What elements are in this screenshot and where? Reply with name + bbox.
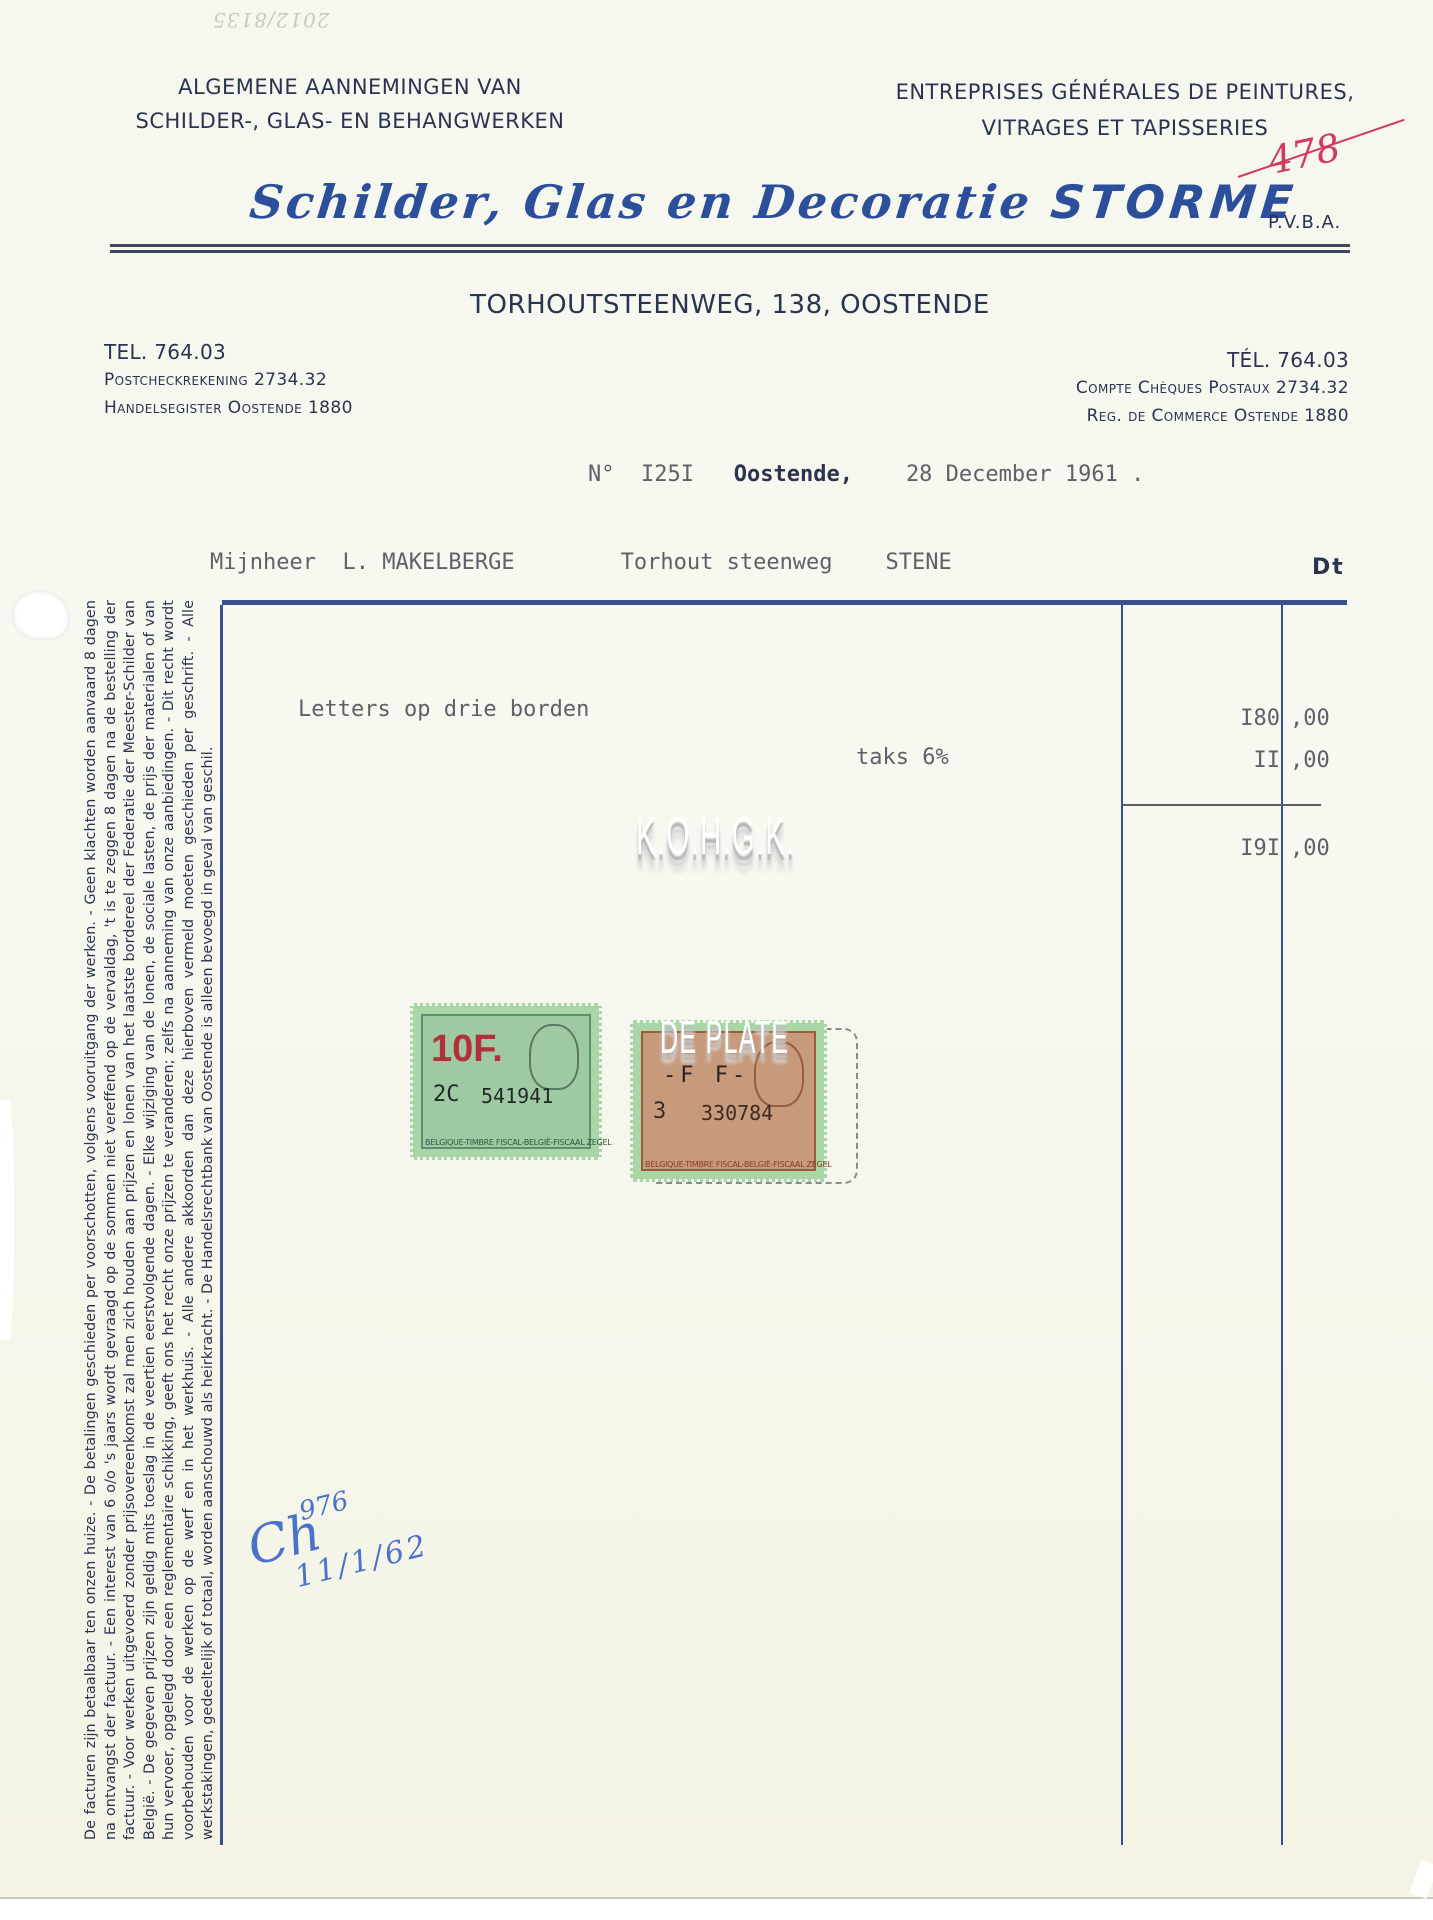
company-name-storme: STORME [1048, 175, 1300, 229]
postcheck-fr: Compte Chèques Postaux 2734.32 [1076, 374, 1349, 402]
fiscal-stamp-green: 10F. 2C 541941 BELGIQUE-TIMBRE FISCAL-BE… [410, 1003, 602, 1160]
tax-line-label: taks 6% [856, 745, 949, 770]
line-item-amount-int: I80 [1140, 706, 1280, 731]
watermark-kohgk: K.O.H.G.K. [636, 805, 796, 867]
handwritten-number: 976 [296, 1486, 351, 1527]
invoice-number: I25I [641, 462, 694, 487]
total-amount-int: I9I [1140, 836, 1280, 861]
header-double-rule-bottom [110, 250, 1350, 253]
cents-column-border [1281, 605, 1283, 1845]
postcheck-nl: Postcheckrekening 2734.32 [104, 366, 353, 394]
stamp-serial: 330784 [701, 1101, 773, 1125]
folded-corner [1410, 1860, 1433, 1899]
customer-name: L. MAKELBERGE [342, 550, 514, 575]
contact-block-french: TÉL. 764.03 Compte Chèques Postaux 2734.… [1076, 346, 1349, 430]
invoice-city: Oostende, [734, 462, 853, 487]
stamp-footer: BELGIQUE-TIMBRE FISCAL-BELGIË-FISCAAL ZE… [425, 1138, 611, 1147]
header-double-rule-top [110, 244, 1350, 247]
contact-block-dutch: TEL. 764.03 Postcheckrekening 2734.32 Ha… [104, 338, 353, 422]
table-header-rule [222, 600, 1347, 605]
telephone-fr: TÉL. 764.03 [1076, 346, 1349, 374]
dutch-tagline-line-2: SCHILDER-, GLAS- EN BEHANGWERKEN [100, 104, 600, 138]
invoice-paper: 2012/8135 ALGEMENE AANNEMINGEN VAN SCHIL… [0, 0, 1433, 1899]
invoice-number-label: N° [588, 462, 615, 487]
torn-edge [0, 1100, 14, 1340]
invoice-number-date-row: N° I25I Oostende, 28 December 1961 . [588, 462, 1144, 487]
debit-label: Dt [1312, 555, 1345, 580]
table-left-border [220, 605, 223, 1845]
mercury-head-icon [529, 1024, 579, 1090]
terms-and-conditions: De facturen zijn betaalbaar ten onzen hu… [82, 600, 220, 1840]
total-amount-dec: ,00 [1290, 836, 1330, 861]
company-address: TORHOUTSTEENWEG, 138, OOSTENDE [300, 290, 1160, 320]
archive-pencil-mark: 2012/8135 [212, 8, 330, 32]
customer-city: STENE [886, 550, 952, 575]
invoice-date: 28 December 1961 . [906, 462, 1144, 487]
tax-amount-int: II [1140, 748, 1280, 773]
stamp-footer: BELGIQUE-TIMBRE FISCAL-BELGIË-FISCAAL ZE… [645, 1160, 831, 1169]
line-item-description: Letters op drie borden [298, 697, 589, 722]
stamp-series: 2C [433, 1082, 460, 1107]
customer-street: Torhout steenweg [621, 550, 833, 575]
dutch-tagline: ALGEMENE AANNEMINGEN VAN SCHILDER-, GLAS… [100, 70, 600, 138]
addressee-row: Mijnheer L. MAKELBERGE Torhout steenweg … [210, 550, 952, 575]
telephone-nl: TEL. 764.03 [104, 338, 353, 366]
stamp-value: 10F. [431, 1028, 503, 1071]
subtotal-rule [1123, 804, 1321, 806]
torn-hole [12, 590, 70, 640]
dutch-tagline-line-1: ALGEMENE AANNEMINGEN VAN [100, 70, 600, 104]
register-fr: Reg. de Commerce Ostende 1880 [1076, 402, 1349, 430]
amount-column-border [1121, 605, 1123, 1845]
register-nl: Handelsegister Oostende 1880 [104, 394, 353, 422]
stamp-series: 3 [653, 1099, 666, 1124]
handwritten-payment-note: Ch 976 11/1/62 [242, 1502, 328, 1578]
salutation: Mijnheer [210, 550, 316, 575]
legal-form: P.V.B.A. [1268, 212, 1341, 233]
tax-amount-dec: ,00 [1290, 748, 1330, 773]
line-item-amount-dec: ,00 [1290, 706, 1330, 731]
watermark-de-plate: DE PLATE [660, 1010, 789, 1064]
company-name: Schilder, Glas en Decoratie STORME [247, 175, 1300, 229]
french-tagline-line-1: ENTREPRISES GÉNÉRALES DE PEINTURES, [870, 74, 1380, 110]
stamp-overprint: -F F- [663, 1063, 749, 1088]
company-name-main: Schilder, Glas en Decoratie [247, 175, 1054, 229]
stamp-serial: 541941 [481, 1084, 553, 1108]
